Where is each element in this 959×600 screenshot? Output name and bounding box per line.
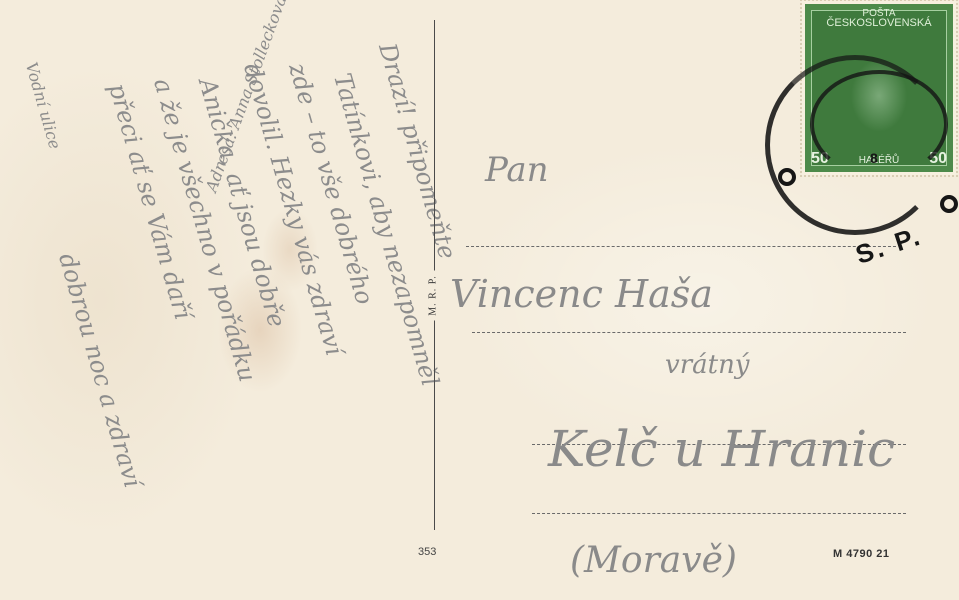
postmark-star-icon [778, 168, 796, 186]
address-salutation: Pan [485, 150, 549, 190]
handwritten-message: Drazí! připomeňte Tatínkovi, aby nezapom… [10, 30, 410, 570]
message-margin-note: Vodní ulice [22, 60, 65, 151]
stamp-country-line2: ČESKOSLOVENSKÁ [805, 18, 953, 29]
address-name: Vincenc Haša [450, 272, 713, 316]
message-line: dobrou noc a zdraví [53, 250, 147, 490]
address-region: (Moravě) [570, 540, 737, 581]
publisher-mark: M. R. P. [428, 271, 439, 321]
address-line [466, 246, 896, 247]
postmark-inner-ring [810, 70, 948, 178]
postmark-star-icon [940, 195, 958, 213]
address-line [472, 332, 906, 333]
address-occupation: vrátný [665, 350, 750, 380]
publisher-code: M 4790 21 [833, 548, 889, 560]
card-number: 353 [418, 546, 436, 558]
address-line [532, 513, 906, 514]
address-town: Kelč u Hranic [548, 420, 895, 478]
postmark-date: 8 [870, 150, 878, 166]
